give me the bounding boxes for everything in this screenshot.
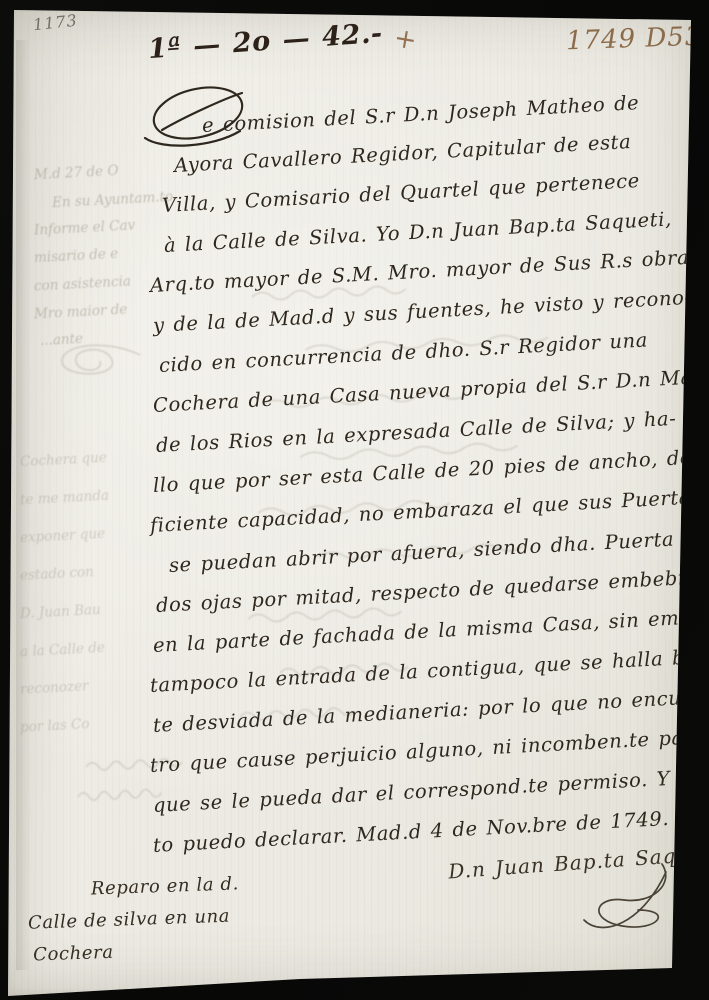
manuscript-line: cido en concurrencia de dho. S.r Regidor… <box>158 319 680 386</box>
bleedthrough-fragment: te me manda <box>20 488 110 509</box>
manuscript-line: e comision del S.r D.n Joseph Matheo de <box>201 81 680 146</box>
bleedthrough-fragment: ...ante <box>40 331 84 349</box>
signature-rubric-flourish <box>576 858 680 948</box>
manuscript-line: en la parte de fachada de la misma Casa,… <box>152 598 680 666</box>
bleedthrough-fragment: Cochera que <box>20 450 108 471</box>
bleedthrough-fragment: a la Calle de <box>20 640 106 660</box>
manuscript-line: Arq.to mayor de S.M. Mro. mayor de Sus R… <box>149 238 680 306</box>
drop-cap-initial-d <box>138 86 308 156</box>
manuscript-line: Ayora Cavallero Regidor, Capitular de es… <box>173 120 680 186</box>
manuscript-line: dos ojas por mitad, respecto de quedarse… <box>155 559 680 626</box>
bleedthrough-fragment: En su Ayuntam.to <box>52 189 174 211</box>
bleedthrough-spiral-flourish <box>62 345 140 374</box>
paper-deckle-edge <box>16 40 30 970</box>
docket-note-line: Calle de silva en una <box>28 900 241 939</box>
manuscript-line: ficiente capacidad, no embaraza el que s… <box>149 478 680 546</box>
archive-reference: 1749 D53 <box>566 22 703 57</box>
manuscript-line: y de la de Mad.d y sus fuentes, he visto… <box>152 278 680 346</box>
docket-note: Reparo en la d. Calle de silva en una Co… <box>26 868 241 971</box>
bleedthrough-fragment: M.d 27 de O <box>34 163 119 183</box>
bleedthrough-fragment: misario de e <box>34 246 119 266</box>
bleedthrough-fragment: exponer que <box>20 526 106 546</box>
bleedthrough-fragment: estado con <box>20 564 95 584</box>
manuscript-line: Cochera de una Casa nueva propia del S.r… <box>152 358 680 426</box>
manuscript-line: à la Calle de Silva. Yo D.n Juan Bap.ta … <box>163 199 680 266</box>
foliation-numbers: 1ª — 2o — 42.- <box>147 18 383 65</box>
bleedthrough-squiggles <box>0 0 709 1000</box>
paper-sheet: M.d 27 de O En su Ayuntam.to Informe el … <box>0 0 709 1000</box>
manuscript-line: llo que por ser esta Calle de 20 pies de… <box>152 438 680 506</box>
bleedthrough-fragment: D. Juan Bau <box>20 602 101 622</box>
manuscript-line: tro que cause perjuicio alguno, ni incom… <box>149 718 680 786</box>
letter-body: e comision del S.r D.n Joseph Matheo de … <box>150 106 680 866</box>
signature-saqueti: D.n Juan Bap.ta Saqueti <box>447 841 709 884</box>
manuscript-line: de los Rios en la expresada Calle de Sil… <box>155 399 680 466</box>
bleedthrough-fragment: Informe el Cav <box>34 217 136 238</box>
bleedthrough-fragment: Mro maior de <box>34 302 128 323</box>
bleedthrough-fragment: reconozer <box>20 678 89 698</box>
manuscript-line: que se le pueda dar el correspond.te per… <box>152 758 680 826</box>
pencil-folio-number: 1173 <box>32 11 78 35</box>
bleedthrough-fragment: por las Co <box>20 716 90 736</box>
scanned-manuscript-page: M.d 27 de O En su Ayuntam.to Informe el … <box>0 0 709 1000</box>
invocation-cross-icon: + <box>391 22 419 56</box>
manuscript-line: tampoco la entrada de la contigua, que s… <box>149 638 680 706</box>
bleedthrough-fragment: con asistencia <box>34 273 132 294</box>
docket-note-line: Reparo en la d. <box>90 868 239 905</box>
manuscript-line: se puedan abrir por afuera, siendo dha. … <box>168 519 680 586</box>
manuscript-line: to puedo declarar. Mad.d 4 de Nov.bre de… <box>152 798 680 866</box>
docket-note-line: Cochera <box>33 932 242 971</box>
manuscript-line: Villa, y Comisario del Quartel que perte… <box>161 159 680 226</box>
manuscript-line: te desviada de la medianeria: por lo que… <box>152 678 680 746</box>
